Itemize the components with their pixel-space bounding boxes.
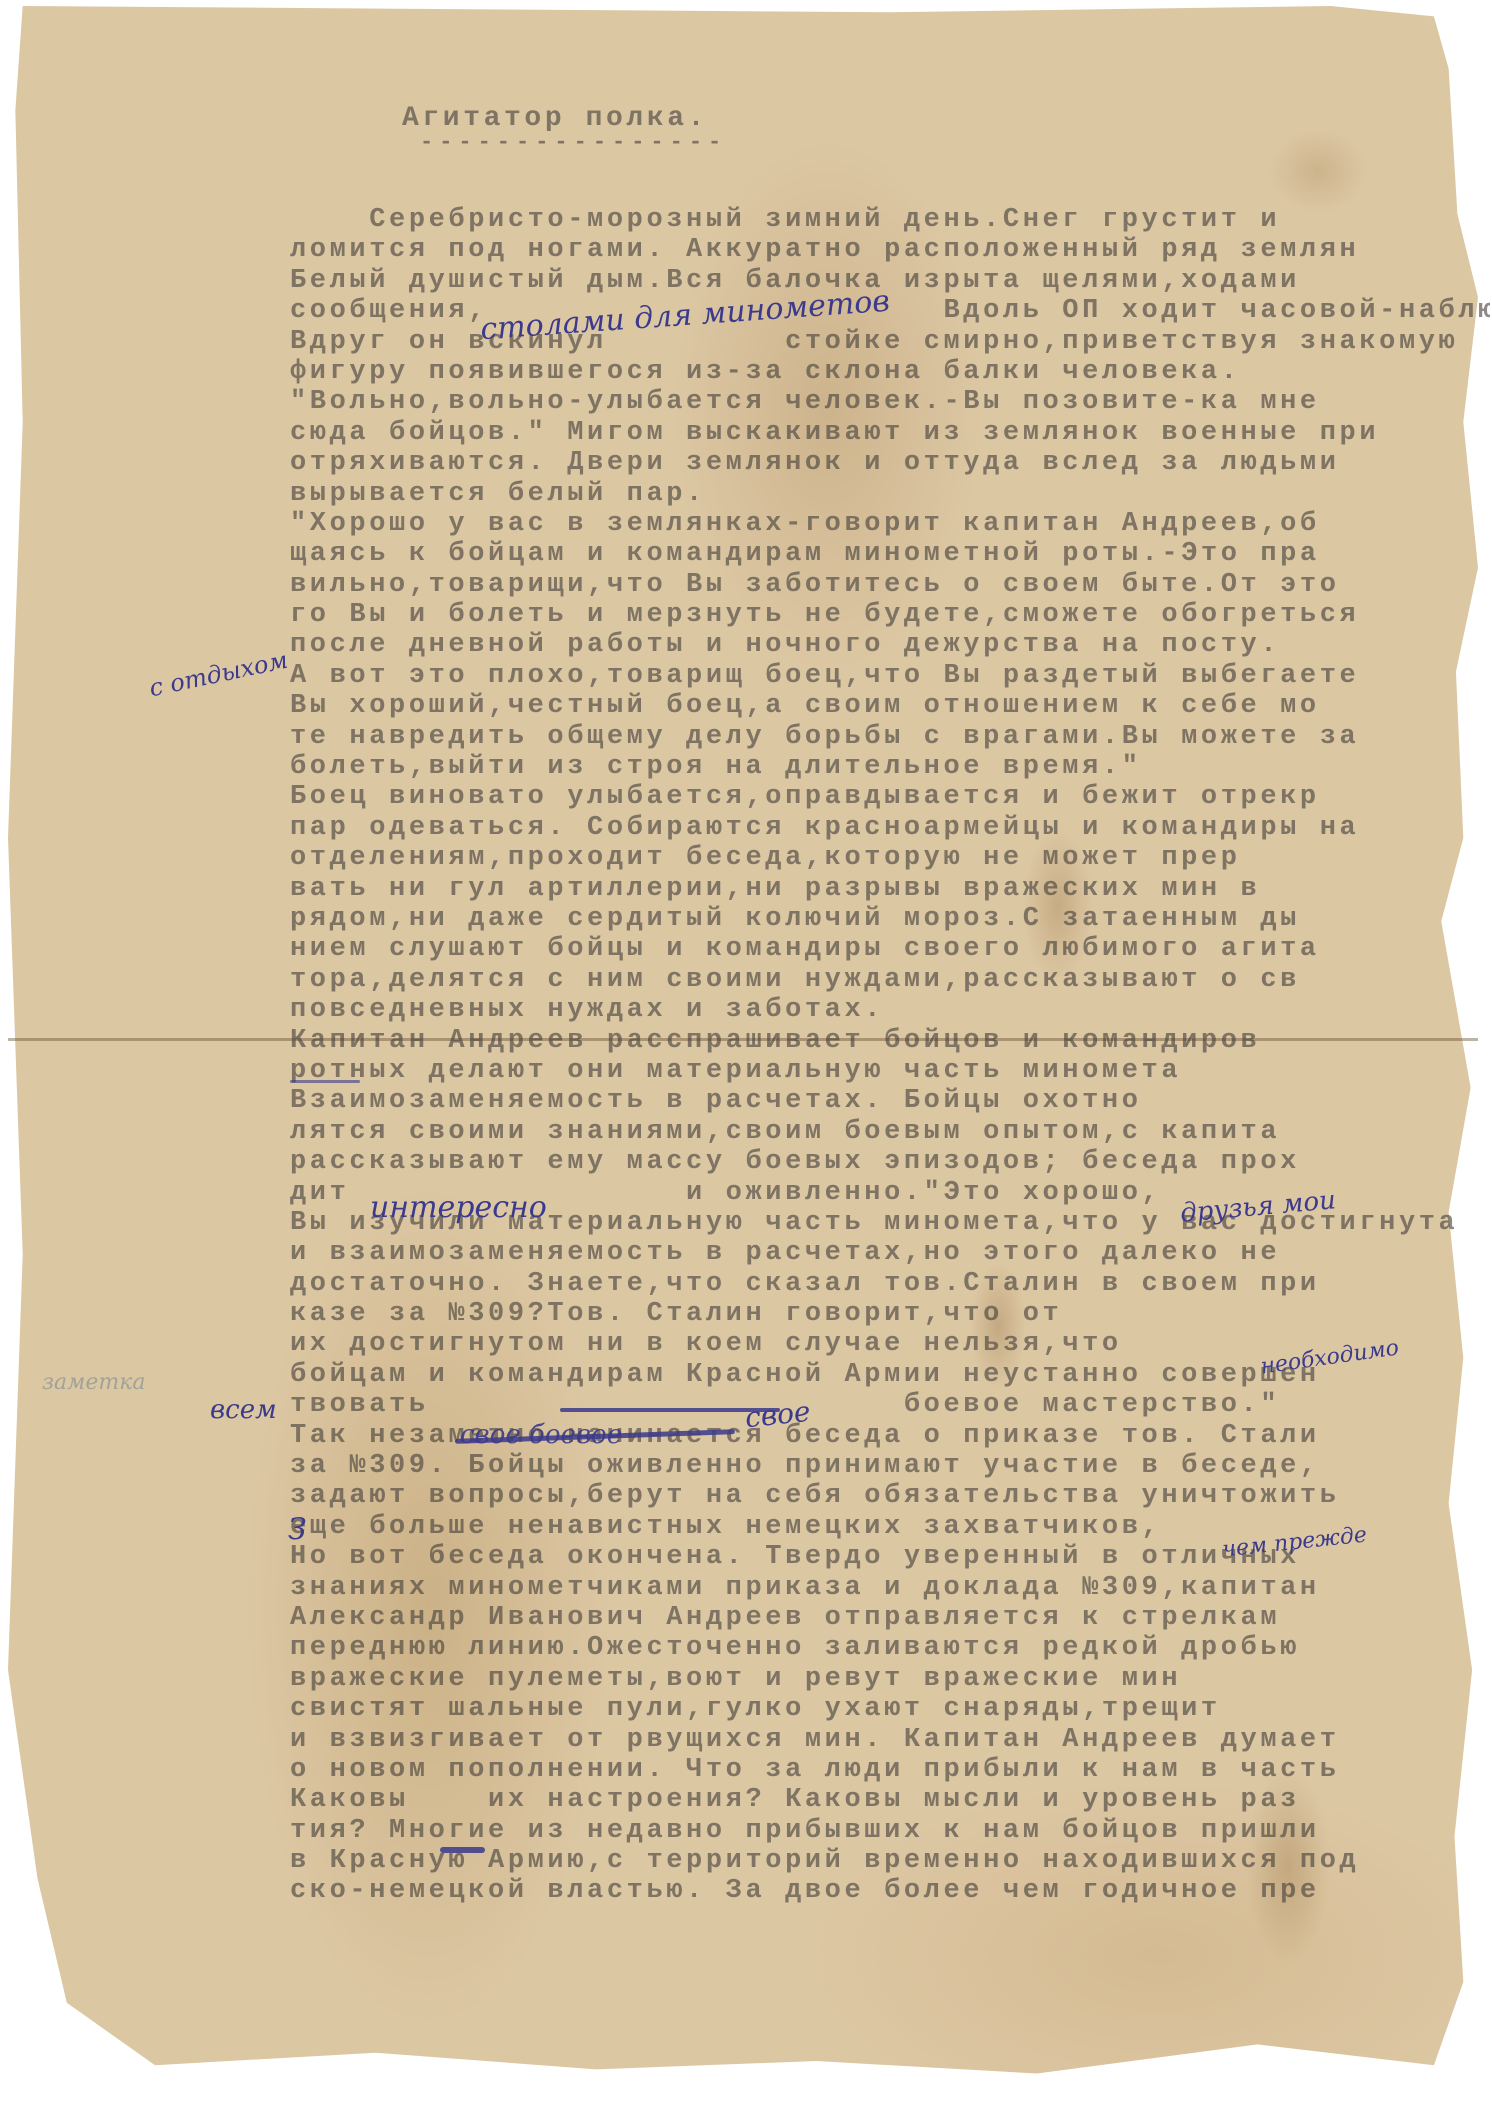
typed-line: Вдруг он вскинул стойке смирно,приветств… bbox=[290, 327, 1490, 357]
typed-line: ломится под ногами. Аккуратно расположен… bbox=[290, 235, 1490, 265]
typed-line: Каковы их настроения? Каковы мысли и уро… bbox=[290, 1785, 1490, 1815]
typed-line: Вы хороший,честный боец,а своим отношени… bbox=[290, 691, 1490, 721]
typed-line: лятся своими знаниями,своим боевым опыто… bbox=[290, 1117, 1490, 1147]
typed-line: ско-немецкой властью. За двое более чем … bbox=[290, 1876, 1490, 1906]
typed-line: после дневной работы и ночного дежурства… bbox=[290, 630, 1490, 660]
typed-line: Белый душистый дым.Вся балочка изрыта ще… bbox=[290, 266, 1490, 296]
typed-line: тия? Многие из недавно прибывших к нам б… bbox=[290, 1816, 1490, 1846]
typed-line: го Вы и болеть и мерзнуть не будете,смож… bbox=[290, 600, 1490, 630]
typed-line: рассказывают ему массу боевых эпизодов; … bbox=[290, 1147, 1490, 1177]
strike-through-line bbox=[290, 1080, 360, 1083]
typed-body-text: Серебристо-морозный зимний день.Снег гру… bbox=[290, 205, 1490, 1907]
typed-line: достаточно. Знаете,что сказал тов.Сталин… bbox=[290, 1269, 1490, 1299]
typed-line: болеть,выйти из строя на длительное врем… bbox=[290, 752, 1490, 782]
typed-line: переднюю линию.Ожесточенно заливаются ре… bbox=[290, 1633, 1490, 1663]
typed-line: Боец виновато улыбается,оправдывается и … bbox=[290, 782, 1490, 812]
typed-line: твовать боевое мастерство." bbox=[290, 1390, 1490, 1420]
typed-line: пар одеваться. Собираются красноармейцы … bbox=[290, 813, 1490, 843]
typed-line: вильно,товарищи,что Вы заботитесь о свое… bbox=[290, 570, 1490, 600]
typed-line: и взвизгивает от рвущихся мин. Капитан А… bbox=[290, 1725, 1490, 1755]
title-underline: ---------------- bbox=[420, 130, 727, 155]
typed-line: ротных делают они материальную часть мин… bbox=[290, 1056, 1490, 1086]
typed-line: рядом,ни даже сердитый колючий мороз.С з… bbox=[290, 904, 1490, 934]
typed-line: вражеские пулеметы,воют и ревут вражески… bbox=[290, 1664, 1490, 1694]
typed-line: А вот это плохо,товарищ боец,что Вы разд… bbox=[290, 661, 1490, 691]
typed-line: вать ни гул артиллерии,ни разрывы вражес… bbox=[290, 874, 1490, 904]
typed-line: "Вольно,вольно-улыбается человек.-Вы поз… bbox=[290, 387, 1490, 417]
typed-line: Капитан Андреев расспрашивает бойцов и к… bbox=[290, 1026, 1490, 1056]
typed-line: свистят шальные пули,гулко ухают снаряды… bbox=[290, 1694, 1490, 1724]
typed-line: те навредить общему делу борьбы с врагам… bbox=[290, 722, 1490, 752]
typed-line: сюда бойцов." Мигом выскакивают из земля… bbox=[290, 418, 1490, 448]
typed-line: Взаимозаменяемость в расчетах. Бойцы охо… bbox=[290, 1086, 1490, 1116]
annotation-vsem: всем bbox=[210, 1395, 277, 1425]
typed-line: Серебристо-морозный зимний день.Снег гру… bbox=[290, 205, 1490, 235]
typed-line: отряхиваются. Двери землянок и оттуда вс… bbox=[290, 448, 1490, 478]
typed-line: казе за №309?Тов. Сталин говорит,что от bbox=[290, 1299, 1490, 1329]
annotation-faint-margin: заметка bbox=[42, 1370, 146, 1395]
typed-line: Александр Иванович Андреев отправляется … bbox=[290, 1603, 1490, 1633]
strike-through-line bbox=[440, 1847, 485, 1853]
typed-line: фигуру появившегося из-за склона балки ч… bbox=[290, 357, 1490, 387]
typed-line: нием слушают бойцы и командиры своего лю… bbox=[290, 934, 1490, 964]
annotation-letter-z: З bbox=[288, 1512, 307, 1547]
typed-line: тора,делятся с ним своими нуждами,расска… bbox=[290, 965, 1490, 995]
typed-line: вырывается белый пар. bbox=[290, 479, 1490, 509]
typed-line: щаясь к бойцам и командирам минометной р… bbox=[290, 539, 1490, 569]
annotation-svoe: свое bbox=[743, 1395, 811, 1435]
typed-line: задают вопросы,берут на себя обязательст… bbox=[290, 1481, 1490, 1511]
typed-line: повседневных нуждах и заботах. bbox=[290, 995, 1490, 1025]
typed-line: за №309. Бойцы оживленно принимают участ… bbox=[290, 1451, 1490, 1481]
typed-line: и взаимозаменяемость в расчетах,но этого… bbox=[290, 1238, 1490, 1268]
typed-line: "Хорошо у вас в землянках-говорит капита… bbox=[290, 509, 1490, 539]
annotation-interesno: интересно bbox=[370, 1190, 547, 1225]
typed-line: о новом пополнении. Что за люди прибыли … bbox=[290, 1755, 1490, 1785]
typed-line: отделениям,проходит беседа,которую не мо… bbox=[290, 843, 1490, 873]
typed-line: знаниях минометчиками приказа и доклада … bbox=[290, 1573, 1490, 1603]
